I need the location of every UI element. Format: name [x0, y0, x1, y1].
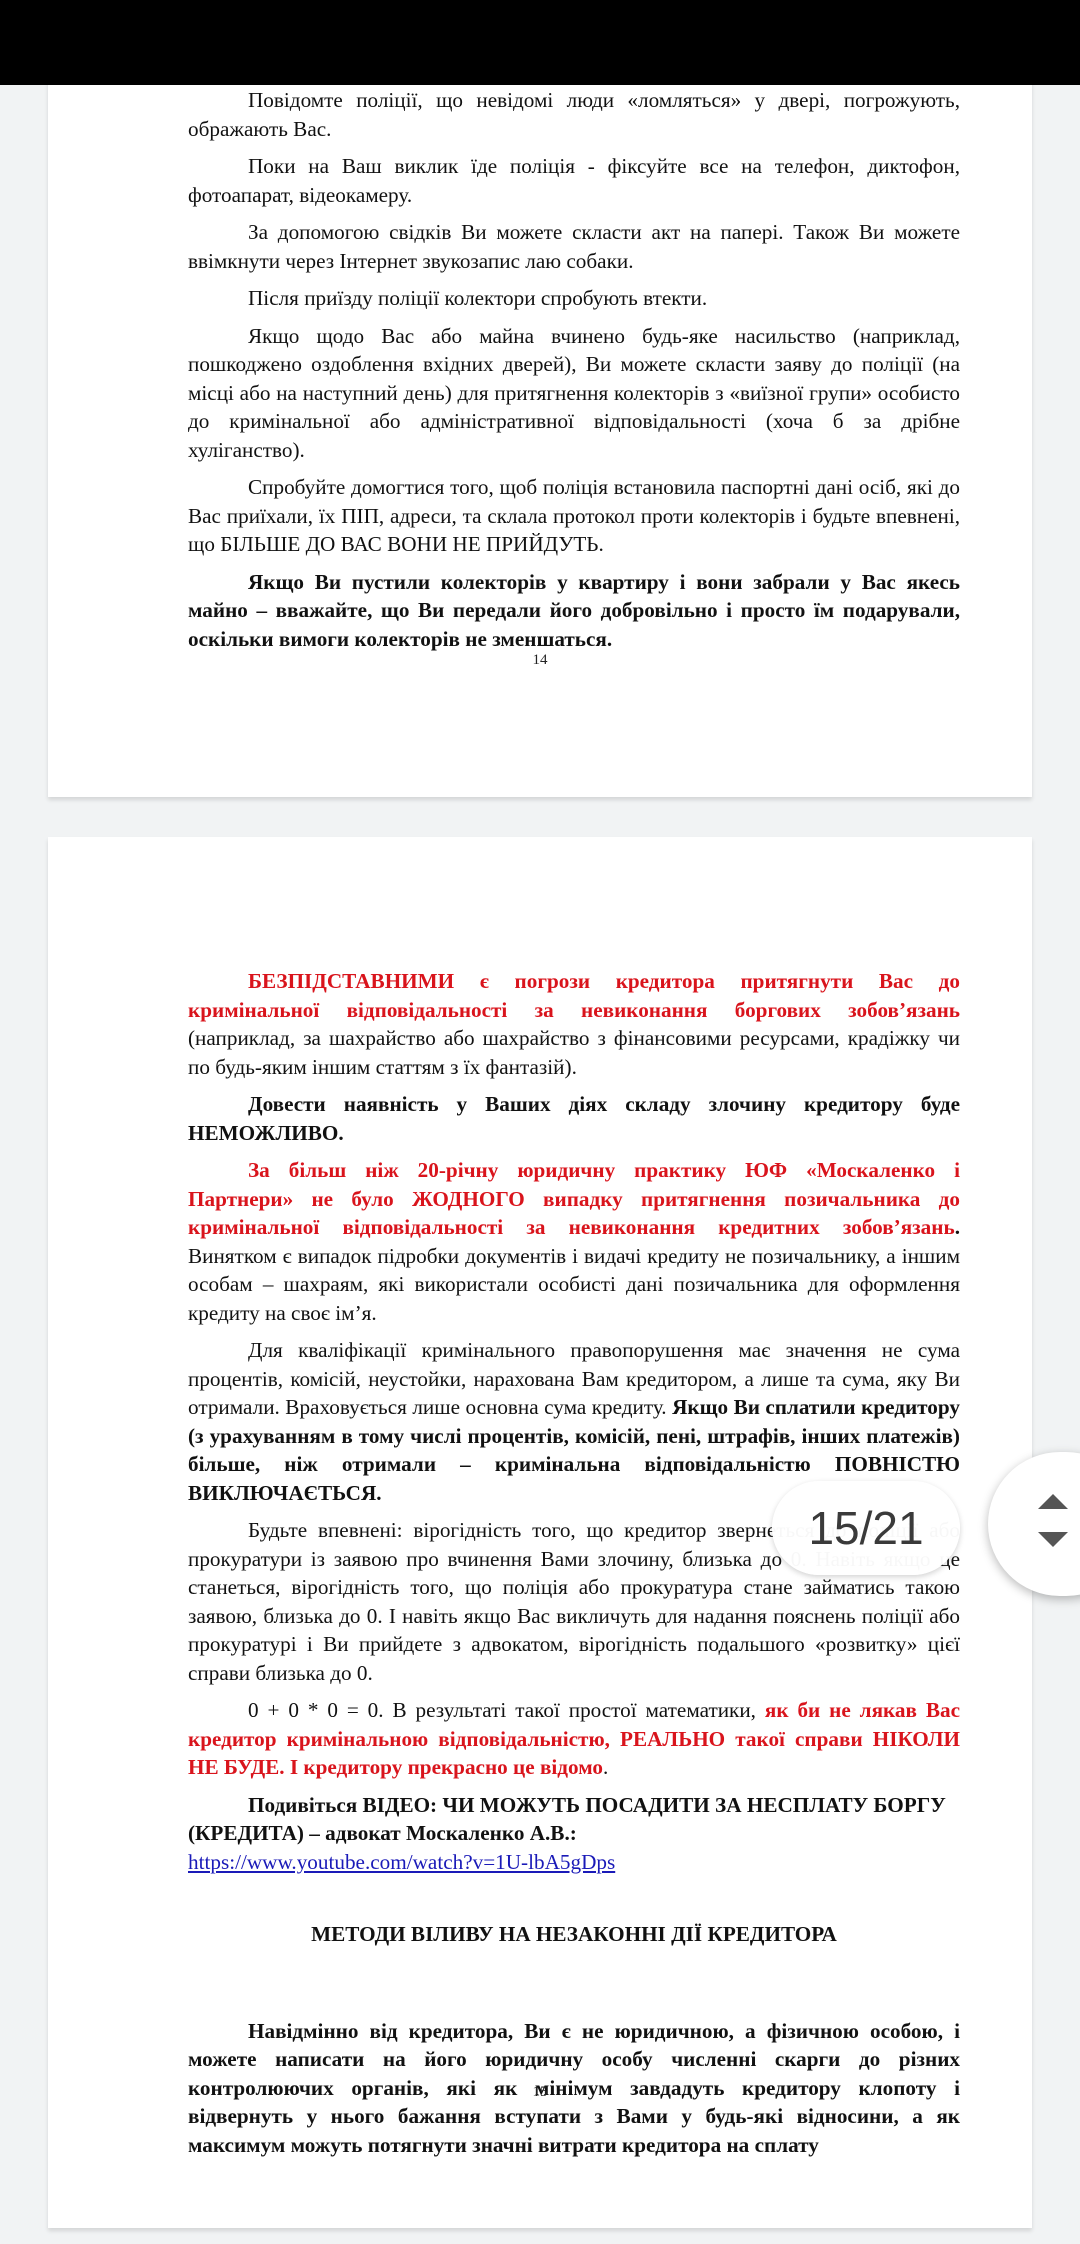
video-paragraph: Подивіться ВІДЕО: ЧИ МОЖУТЬ ПОСАДИТИ ЗА … [188, 1791, 960, 1877]
paragraph: За допомогою свідків Ви можете скласти а… [188, 218, 960, 275]
page-number: 15 [48, 2084, 1032, 2101]
paragraph: Спробуйте домогтися того, щоб поліція вс… [188, 473, 960, 559]
paragraph: БЕЗПІДСТАВНИМИ є погрози кредитора притя… [188, 967, 960, 1081]
page-number: 14 [48, 652, 1032, 669]
arrow-up-icon [1038, 1494, 1068, 1509]
red-emphasis: За більш ніж 20-річну юридичну практику … [188, 1158, 960, 1239]
paragraph: 0 + 0 * 0 = 0. В результаті такої просто… [188, 1696, 960, 1782]
paragraph-text: 0 + 0 * 0 = 0. В результаті такої просто… [248, 1698, 765, 1722]
pdf-page-14: Повідомте поліції, що невідомі люди «лом… [48, 20, 1032, 797]
paragraph: Повідомте поліції, що невідомі люди «лом… [188, 86, 960, 143]
page-14-body: Повідомте поліції, що невідомі люди «лом… [188, 86, 960, 662]
section-heading: МЕТОДИ ВІЛИВУ НА НЕЗАКОННІ ДІЇ КРЕДИТОРА [188, 1920, 960, 1949]
youtube-link[interactable]: https://www.youtube.com/watch?v=1U-lbA5g… [188, 1850, 615, 1874]
paragraph-text: (наприклад, за шахрайство або шахрайство… [188, 1026, 960, 1079]
paragraph: За більш ніж 20-річну юридичну практику … [188, 1156, 960, 1327]
page-indicator: 15/21 [772, 1481, 960, 1575]
punctuation: . [603, 1755, 608, 1779]
paragraph: Поки на Ваш виклик їде поліція - фіксуйт… [188, 152, 960, 209]
paragraph-text: Винятком є випадок підробки документів і… [188, 1244, 960, 1325]
video-title: Подивіться ВІДЕО: ЧИ МОЖУТЬ ПОСАДИТИ ЗА … [188, 1793, 946, 1846]
paragraph: Після приїзду поліції колектори спробуют… [188, 284, 960, 313]
arrow-down-icon [1038, 1532, 1068, 1547]
punctuation: . [955, 1215, 960, 1239]
bold-paragraph: Якщо Ви пустили колекторів у квартиру і … [188, 568, 960, 654]
status-bar [0, 0, 1080, 85]
paragraph: Якщо щодо Вас або майна вчинено будь-яке… [188, 322, 960, 465]
red-emphasis: БЕЗПІДСТАВНИМИ є погрози кредитора притя… [188, 969, 960, 1022]
paragraph: Довести наявність у Ваших діях складу зл… [188, 1090, 960, 1147]
